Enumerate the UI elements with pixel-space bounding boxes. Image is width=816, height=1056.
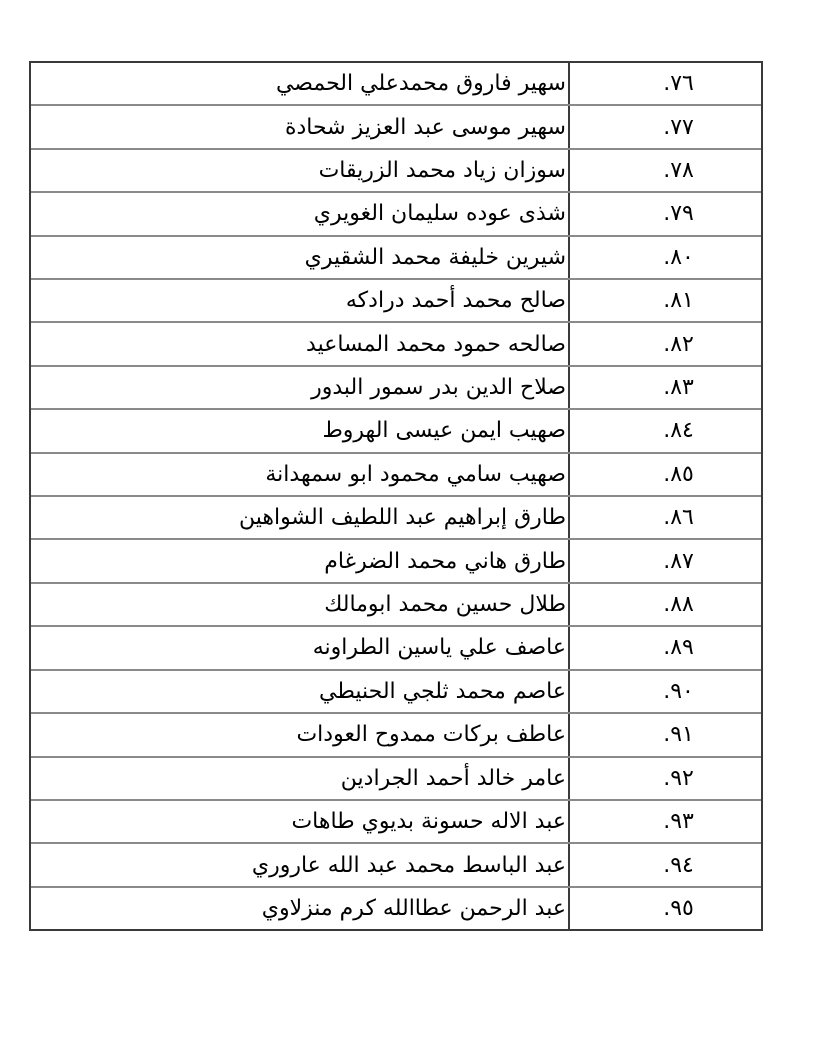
row-number: ٨١. xyxy=(663,288,694,313)
row-name-cell: صالح محمد أحمد درادكه xyxy=(31,280,568,321)
row-name: عبد الرحمن عطاالله كرم منزلاوي xyxy=(262,896,566,921)
row-name-cell: عاطف بركات ممدوح العودات xyxy=(31,714,568,755)
row-name: طارق هاني محمد الضرغام xyxy=(324,549,566,574)
table-row: ٩٥. عبد الرحمن عطاالله كرم منزلاوي xyxy=(31,886,761,929)
row-name-cell: عبد الاله حسونة بديوي طاهات xyxy=(31,801,568,842)
table-row: ٨٤. صهيب ايمن عيسى الهروط xyxy=(31,408,761,451)
row-number-cell: ٩٥. xyxy=(568,888,761,929)
table-row: ٧٩. شذى عوده سليمان الغويري xyxy=(31,191,761,234)
row-number-cell: ٨٩. xyxy=(568,627,761,668)
row-name-cell: عبد الرحمن عطاالله كرم منزلاوي xyxy=(31,888,568,929)
table-row: ٨٠. شيرين خليفة محمد الشقيري xyxy=(31,235,761,278)
table-row: ٨٣. صلاح الدين بدر سمور البدور xyxy=(31,365,761,408)
row-name-cell: عاصم محمد ثلجي الحنيطي xyxy=(31,671,568,712)
row-name: عبد الباسط محمد عبد الله عاروري xyxy=(252,853,566,878)
row-number: ٨٠. xyxy=(663,245,694,270)
row-number: ٩٢. xyxy=(663,766,694,791)
row-name-cell: عبد الباسط محمد عبد الله عاروري xyxy=(31,844,568,885)
row-number-cell: ٧٦. xyxy=(568,63,761,104)
row-name: عامر خالد أحمد الجرادين xyxy=(341,766,566,791)
row-number-cell: ٨٠. xyxy=(568,237,761,278)
table-row: ٨٢. صالحه حمود محمد المساعيد xyxy=(31,321,761,364)
row-number-cell: ٨٤. xyxy=(568,410,761,451)
table-row: ٨٨. طلال حسين محمد ابومالك xyxy=(31,582,761,625)
row-name: طلال حسين محمد ابومالك xyxy=(324,592,566,617)
row-name-cell: صلاح الدين بدر سمور البدور xyxy=(31,367,568,408)
row-name: صالح محمد أحمد درادكه xyxy=(346,288,566,313)
row-number: ٨٣. xyxy=(663,375,694,400)
row-name: طارق إبراهيم عبد اللطيف الشواهين xyxy=(239,505,566,530)
row-name-cell: صهيب ايمن عيسى الهروط xyxy=(31,410,568,451)
table-row: ٨١. صالح محمد أحمد درادكه xyxy=(31,278,761,321)
row-number-cell: ٨١. xyxy=(568,280,761,321)
row-name-cell: عاصف علي ياسين الطراونه xyxy=(31,627,568,668)
row-number: ٧٧. xyxy=(663,115,694,140)
row-number: ٧٩. xyxy=(663,201,694,226)
row-number-cell: ٧٩. xyxy=(568,193,761,234)
row-number: ٩٠. xyxy=(663,679,694,704)
row-name-cell: سهير موسى عبد العزيز شحادة xyxy=(31,106,568,147)
table-row: ٨٦. طارق إبراهيم عبد اللطيف الشواهين xyxy=(31,495,761,538)
row-name: عاطف بركات ممدوح العودات xyxy=(296,722,566,747)
row-number-cell: ٩٢. xyxy=(568,758,761,799)
row-name: عبد الاله حسونة بديوي طاهات xyxy=(291,809,566,834)
row-name-cell: صهيب سامي محمود ابو سمهدانة xyxy=(31,454,568,495)
row-number: ٩٤. xyxy=(663,853,694,878)
row-name-cell: عامر خالد أحمد الجرادين xyxy=(31,758,568,799)
table-row: ٩٤. عبد الباسط محمد عبد الله عاروري xyxy=(31,842,761,885)
row-number-cell: ٧٧. xyxy=(568,106,761,147)
row-name: عاصم محمد ثلجي الحنيطي xyxy=(319,679,566,704)
row-number-cell: ٩٤. xyxy=(568,844,761,885)
table-row: ٩٢. عامر خالد أحمد الجرادين xyxy=(31,756,761,799)
table-row: ٧٧. سهير موسى عبد العزيز شحادة xyxy=(31,104,761,147)
table-row: ٩٠. عاصم محمد ثلجي الحنيطي xyxy=(31,669,761,712)
row-number-cell: ٨٨. xyxy=(568,584,761,625)
row-name: صلاح الدين بدر سمور البدور xyxy=(311,375,566,400)
row-name-cell: طارق إبراهيم عبد اللطيف الشواهين xyxy=(31,497,568,538)
row-number-cell: ٨٢. xyxy=(568,323,761,364)
row-number: ٨٩. xyxy=(663,635,694,660)
row-number-cell: ٨٣. xyxy=(568,367,761,408)
row-number: ٨٤. xyxy=(663,418,694,443)
row-number: ٧٨. xyxy=(663,158,694,183)
row-name-cell: سهير فاروق محمدعلي الحمصي xyxy=(31,63,568,104)
row-name-cell: سوزان زياد محمد الزريقات xyxy=(31,150,568,191)
row-name: شيرين خليفة محمد الشقيري xyxy=(305,245,566,270)
row-number-cell: ٩٣. xyxy=(568,801,761,842)
row-name-cell: شيرين خليفة محمد الشقيري xyxy=(31,237,568,278)
row-name: سوزان زياد محمد الزريقات xyxy=(319,158,566,183)
table-row: ٩٣. عبد الاله حسونة بديوي طاهات xyxy=(31,799,761,842)
table-row: ٧٦. سهير فاروق محمدعلي الحمصي xyxy=(31,63,761,104)
row-name: سهير موسى عبد العزيز شحادة xyxy=(285,115,566,140)
row-name-cell: صالحه حمود محمد المساعيد xyxy=(31,323,568,364)
row-name: عاصف علي ياسين الطراونه xyxy=(313,635,566,660)
row-number: ٨٢. xyxy=(663,332,694,357)
table-row: ٨٥. صهيب سامي محمود ابو سمهدانة xyxy=(31,452,761,495)
row-number: ٧٦. xyxy=(663,71,694,96)
row-name-cell: شذى عوده سليمان الغويري xyxy=(31,193,568,234)
row-number: ٨٧. xyxy=(663,549,694,574)
row-number-cell: ٧٨. xyxy=(568,150,761,191)
row-name: شذى عوده سليمان الغويري xyxy=(314,201,566,226)
row-number: ٩٥. xyxy=(663,896,694,921)
row-number: ٩٣. xyxy=(663,809,694,834)
table-row: ٨٧. طارق هاني محمد الضرغام xyxy=(31,538,761,581)
names-table: ٧٦. سهير فاروق محمدعلي الحمصي ٧٧. سهير م… xyxy=(29,61,763,931)
row-name-cell: طلال حسين محمد ابومالك xyxy=(31,584,568,625)
row-number: ٨٨. xyxy=(663,592,694,617)
row-name-cell: طارق هاني محمد الضرغام xyxy=(31,540,568,581)
row-number: ٨٥. xyxy=(663,462,694,487)
table-row: ٧٨. سوزان زياد محمد الزريقات xyxy=(31,148,761,191)
row-number-cell: ٨٥. xyxy=(568,454,761,495)
row-name: سهير فاروق محمدعلي الحمصي xyxy=(276,71,566,96)
row-name: صهيب سامي محمود ابو سمهدانة xyxy=(265,462,566,487)
table-row: ٩١. عاطف بركات ممدوح العودات xyxy=(31,712,761,755)
row-number-cell: ٩٠. xyxy=(568,671,761,712)
table-row: ٨٩. عاصف علي ياسين الطراونه xyxy=(31,625,761,668)
row-name: صالحه حمود محمد المساعيد xyxy=(306,332,566,357)
row-number-cell: ٨٧. xyxy=(568,540,761,581)
document-page: ٧٦. سهير فاروق محمدعلي الحمصي ٧٧. سهير م… xyxy=(0,0,816,1056)
row-number-cell: ٩١. xyxy=(568,714,761,755)
row-number: ٨٦. xyxy=(663,505,694,530)
row-number: ٩١. xyxy=(663,722,694,747)
row-name: صهيب ايمن عيسى الهروط xyxy=(322,418,566,443)
row-number-cell: ٨٦. xyxy=(568,497,761,538)
